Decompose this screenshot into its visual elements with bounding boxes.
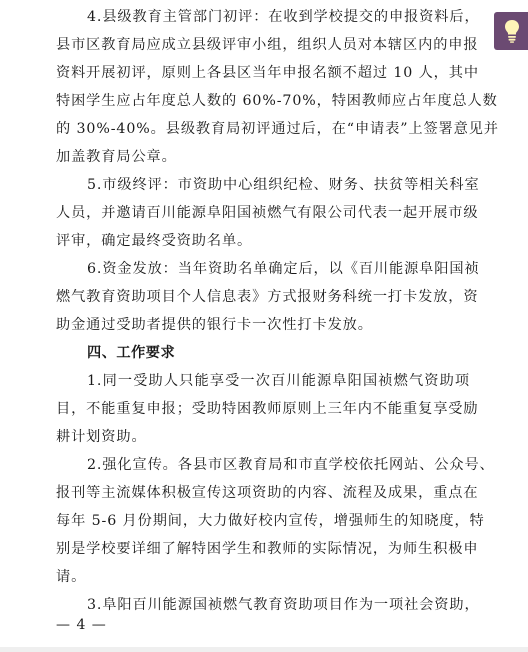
paragraph-line: 县市区教育局应成立县级评审小组，组织人员对本辖区内的申报: [56, 31, 470, 59]
paragraph-line: 报刊等主流媒体积极宣传这项资助的内容、流程及成果，重点在: [56, 479, 470, 507]
paragraph-line: 2.强化宣传。各县市区教育局和市直学校依托网站、公众号、: [56, 451, 470, 479]
paragraph-line: 别是学校要详细了解特困学生和教师的实际情况，为师生积极申: [56, 535, 470, 563]
paragraph-line: 耕计划资助。: [56, 423, 470, 451]
paragraph-line: 5.市级终评：市资助中心组织纪检、财务、扶贫等相关科室: [56, 171, 470, 199]
paragraph-line: 助金通过受助者提供的银行卡一次性打卡发放。: [56, 311, 470, 339]
paragraph-line: 加盖教育局公章。: [56, 143, 470, 171]
paragraph-line: 资料开展初评，原则上各县区当年申报名额不超过 10 人，其中: [56, 59, 470, 87]
paragraph-line: 请。: [56, 563, 470, 591]
lightbulb-icon: [504, 19, 520, 43]
paragraph-line: 6.资金发放：当年资助名单确定后，以《百川能源阜阳国祯: [56, 255, 470, 283]
paragraph-line: 4.县级教育主管部门初评：在收到学校提交的申报资料后，: [56, 3, 470, 31]
paragraph-line: 人员，并邀请百川能源阜阳国祯燃气有限公司代表一起开展市级: [56, 199, 470, 227]
section-heading: 四、工作要求: [56, 339, 470, 367]
paragraph-line: 评审，确定最终受资助名单。: [56, 227, 470, 255]
paragraph-line: 目，不能重复申报；受助特困教师原则上三年内不能重复享受励: [56, 395, 470, 423]
tip-button[interactable]: [494, 12, 528, 50]
paragraph-line: 特困学生应占年度总人数的 60%-70%，特困教师应占年度总人数: [56, 87, 470, 115]
paragraph-line: 燃气教育资助项目个人信息表》方式报财务科统一打卡发放，资: [56, 283, 470, 311]
paragraph-line: 1.同一受助人只能享受一次百川能源阜阳国祯燃气资助项: [56, 367, 470, 395]
page-number: — 4 —: [56, 617, 107, 633]
document-page: 4.县级教育主管部门初评：在收到学校提交的申报资料后， 县市区教育局应成立县级评…: [0, 0, 528, 647]
paragraph-line: 3.阜阳百川能源国祯燃气教育资助项目作为一项社会资助，: [56, 591, 470, 619]
paragraph-line: 的 30%-40%。县级教育局初评通过后，在“申请表”上签署意见并: [56, 115, 470, 143]
document-body: 4.县级教育主管部门初评：在收到学校提交的申报资料后， 县市区教育局应成立县级评…: [56, 3, 470, 619]
paragraph-line: 每年 5-6 月份期间，大力做好校内宣传，增强师生的知晓度，特: [56, 507, 470, 535]
